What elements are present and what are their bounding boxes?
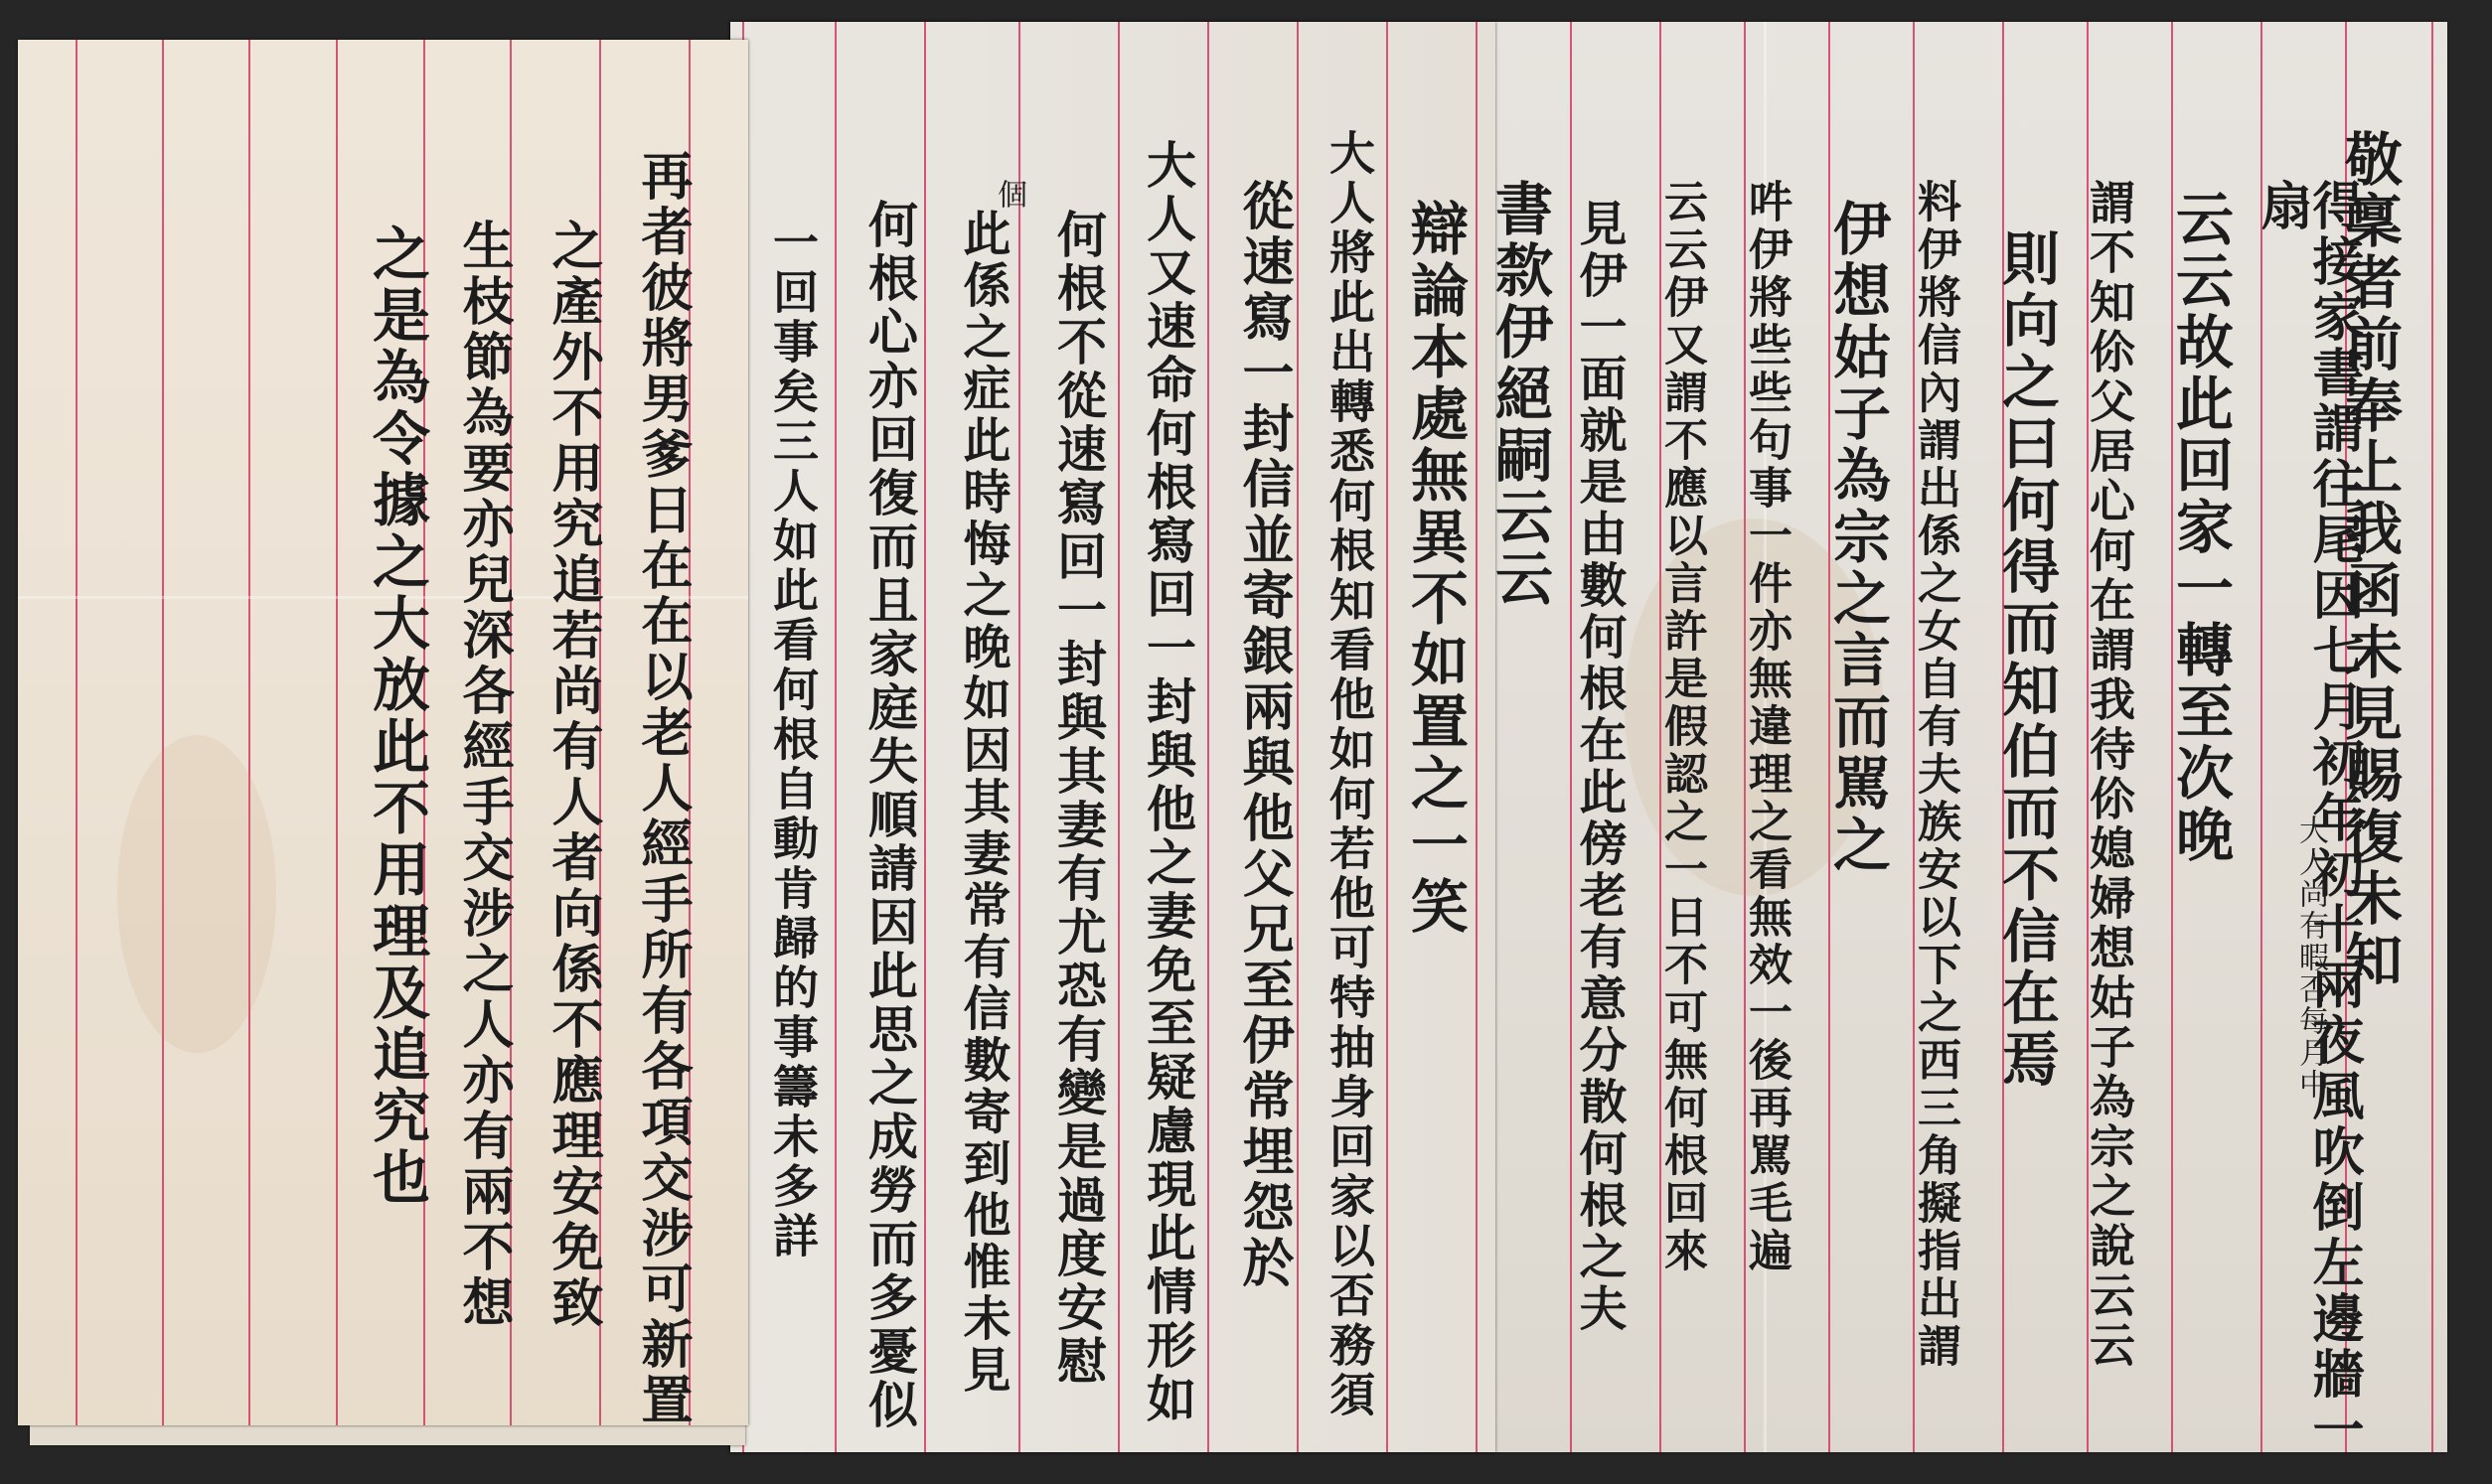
text-column: 何根心亦回復而且家庭失順請因此思之成勞而多憂似 [864, 199, 914, 1432]
text-column: 一回事矣三人如此看何根自動肯歸的事籌未多詳 [770, 219, 816, 1261]
red-rule-line [336, 40, 338, 1425]
red-rule-line [1018, 22, 1020, 1452]
side-note: 個 [994, 179, 1023, 211]
red-rule-line [2431, 22, 2433, 1452]
red-rule-line [1297, 22, 1299, 1452]
red-rule-line [1207, 22, 1209, 1452]
text-column: 書歀伊絕嗣云云 [1490, 179, 1548, 610]
text-column: 辯論本處無異不如置之一笑 [1406, 199, 1464, 938]
paper-stain [117, 735, 276, 1053]
text-column: 料伊將信內謂出係之女自有夫族安以下之西三角擬指出謂 [1913, 179, 1956, 1371]
text-column: 再者彼將男爹日在在以老人經手所有各項交涉可新置 [636, 149, 688, 1428]
text-column: 云云故此回家一轉至次晚 [2171, 189, 2229, 866]
text-column: 見伊一面就是由數何根在此傍老有意分散何根之夫 [1575, 199, 1623, 1335]
red-rule-line [924, 22, 926, 1452]
red-rule-line [248, 40, 250, 1425]
red-rule-line [835, 22, 837, 1452]
text-column: 何根不從速寫回一封與其妻有尤恐有變是過度安慰 [1053, 209, 1103, 1389]
text-column: 大人將此出轉悉何根知看他如何若他可特抽身回家以否務須 [1326, 129, 1372, 1420]
text-column: 此係之症此時悔之晚如因其妻常有信數寄到他惟未見 [959, 209, 1007, 1397]
red-rule-line [1118, 22, 1120, 1452]
side-note: 大人尚有暇否每月中 [2295, 815, 2325, 1101]
text-column: 伊想姑子為宗之言而駡之 [1828, 199, 1886, 876]
text-column: 之產外不用究追若尚有人者向係不應理安免致 [546, 219, 598, 1331]
text-column: 吽伊將些些句事一件亦無違理之看無效一後再駡毛遍 [1744, 179, 1788, 1275]
text-column: 云云伊又謂不應以言許是假認之一日不可無何根回來 [1659, 179, 1703, 1275]
text-column: 大人又速命何根寫回一封與他之妻免至疑慮現此情形如 [1143, 139, 1192, 1426]
text-column: 則向之曰何得而知伯而不信在焉 [1997, 228, 2055, 1091]
letter-sheet-middle [730, 22, 1495, 1452]
text-column: 從速寫一封信並寄銀兩與他父兄至伊常埋怨於 [1237, 179, 1289, 1291]
text-column: 生枝節為要亦兒深各經手交涉之人亦有兩不想 [457, 219, 509, 1331]
red-rule-line [1476, 22, 1478, 1452]
text-column: 謂不知伱父居心何在謂我待伱媳婦想姑子為宗之說云云 [2087, 179, 2132, 1371]
red-rule-line [76, 40, 78, 1425]
text-column: 之是為令據之大放此不用理及追究也 [368, 223, 425, 1209]
red-rule-line [1386, 22, 1388, 1452]
red-rule-line [162, 40, 164, 1425]
